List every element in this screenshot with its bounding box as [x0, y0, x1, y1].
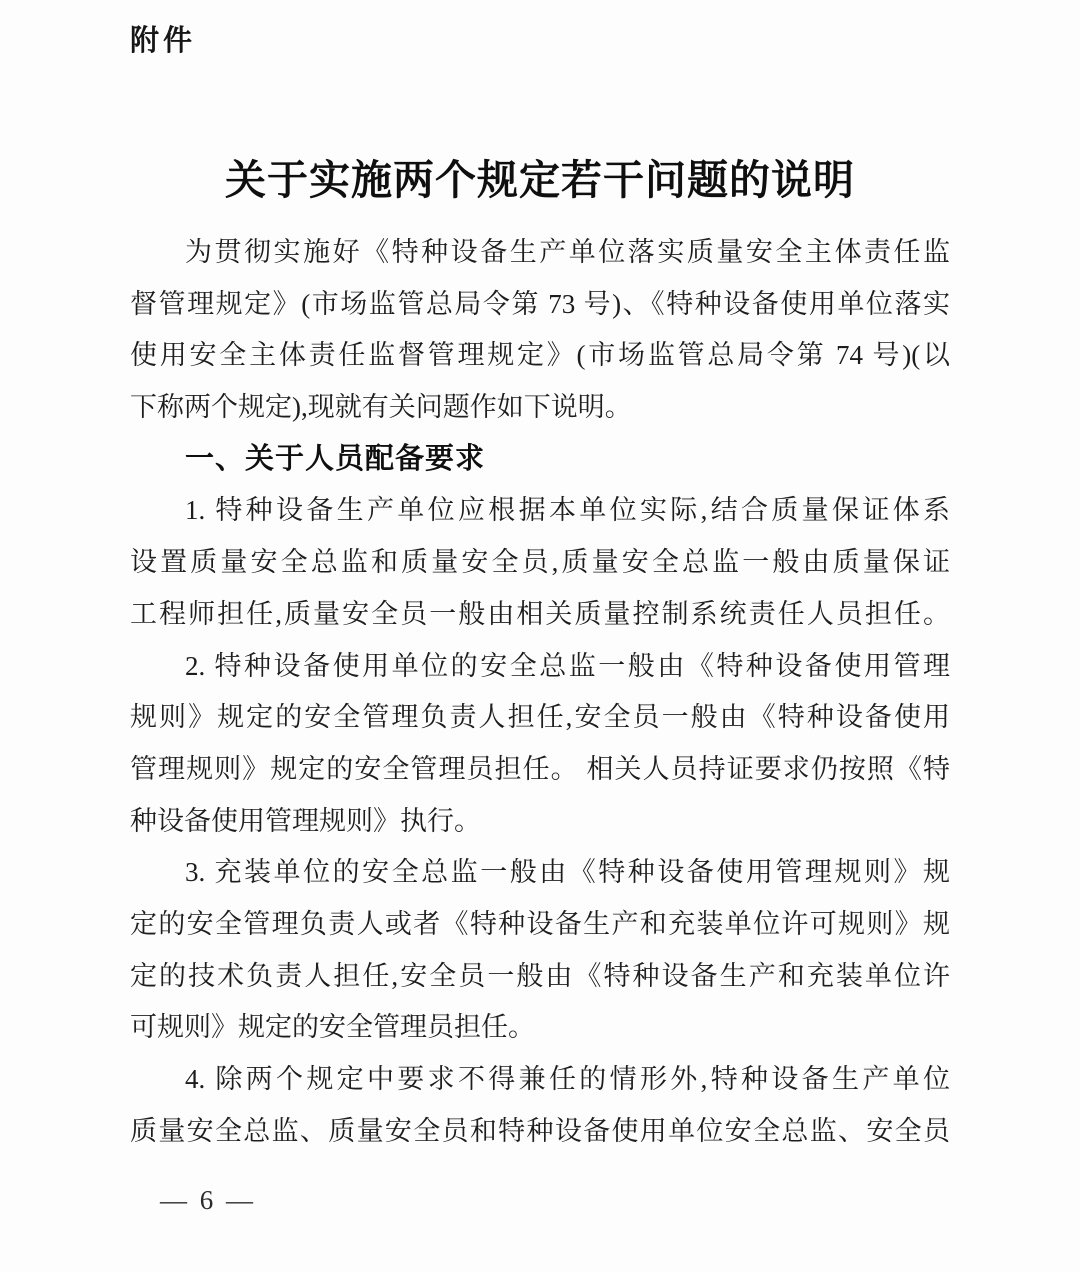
paragraph-line: 1. 特种设备生产单位应根据本单位实际,结合质量保证体系 — [130, 485, 950, 537]
paragraph-line: 为贯彻实施好《特种设备生产单位落实质量安全主体责任监 — [130, 227, 950, 279]
page-number: — 6 — — [160, 1185, 256, 1216]
item-2-paragraph: 2. 特种设备使用单位的安全总监一般由《特种设备使用管理 规则》规定的安全管理负… — [130, 641, 950, 848]
paragraph-line: 设置质量安全总监和质量安全员,质量安全总监一般由质量保证 — [130, 537, 950, 589]
paragraph-line: 管理规则》规定的安全管理员担任。 相关人员持证要求仍按照《特 — [130, 744, 950, 796]
paragraph-line: 督管理规定》(市场监管总局令第 73 号)、《特种设备使用单位落实 — [130, 279, 950, 331]
paragraph-line: 4. 除两个规定中要求不得兼任的情形外,特种设备生产单位 — [130, 1054, 950, 1106]
paragraph-line: 下称两个规定),现就有关问题作如下说明。 — [130, 382, 950, 434]
document-title: 关于实施两个规定若干问题的说明 — [0, 147, 1080, 206]
item-1-paragraph: 1. 特种设备生产单位应根据本单位实际,结合质量保证体系 设置质量安全总监和质量… — [130, 485, 950, 640]
paragraph-line: 2. 特种设备使用单位的安全总监一般由《特种设备使用管理 — [130, 641, 950, 693]
document-body: 为贯彻实施好《特种设备生产单位落实质量安全主体责任监 督管理规定》(市场监管总局… — [130, 227, 950, 1157]
item-4-paragraph: 4. 除两个规定中要求不得兼任的情形外,特种设备生产单位 质量安全总监、质量安全… — [130, 1054, 950, 1157]
paragraph-line: 定的安全管理负责人或者《特种设备生产和充装单位许可规则》规 — [130, 899, 950, 951]
paragraph-line: 工程师担任,质量安全员一般由相关质量控制系统责任人员担任。 — [130, 589, 950, 641]
attachment-label: 附件 — [130, 18, 196, 59]
paragraph-line: 定的技术负责人担任,安全员一般由《特种设备生产和充装单位许 — [130, 951, 950, 1003]
intro-paragraph: 为贯彻实施好《特种设备生产单位落实质量安全主体责任监 督管理规定》(市场监管总局… — [130, 227, 950, 434]
paragraph-line: 3. 充装单位的安全总监一般由《特种设备使用管理规则》规 — [130, 847, 950, 899]
document-page: 附件 关于实施两个规定若干问题的说明 为贯彻实施好《特种设备生产单位落实质量安全… — [0, 0, 1080, 1272]
section-heading-text: 一、关于人员配备要求 — [130, 434, 950, 486]
paragraph-line: 规则》规定的安全管理负责人担任,安全员一般由《特种设备使用 — [130, 692, 950, 744]
paragraph-line: 种设备使用管理规则》执行。 — [130, 796, 950, 848]
item-3-paragraph: 3. 充装单位的安全总监一般由《特种设备使用管理规则》规 定的安全管理负责人或者… — [130, 847, 950, 1054]
paragraph-line: 可规则》规定的安全管理员担任。 — [130, 1002, 950, 1054]
paragraph-line: 质量安全总监、质量安全员和特种设备使用单位安全总监、安全员 — [130, 1106, 950, 1158]
paragraph-line: 使用安全主体责任监督管理规定》(市场监管总局令第 74 号)(以 — [130, 330, 950, 382]
section-heading: 一、关于人员配备要求 — [130, 434, 950, 486]
